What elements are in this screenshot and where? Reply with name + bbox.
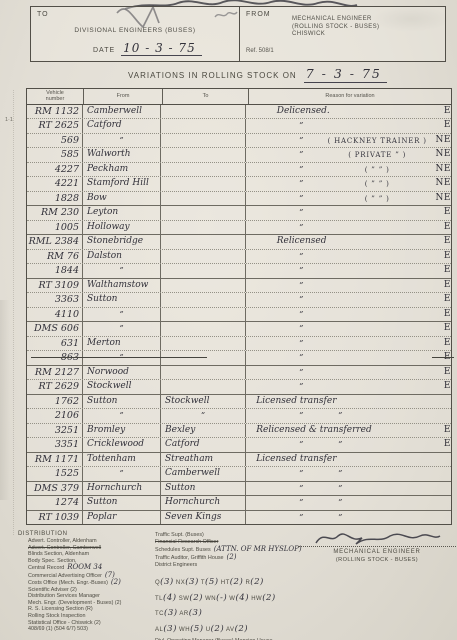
status-flag: E bbox=[444, 221, 451, 235]
to-cell bbox=[161, 177, 246, 191]
to-cell bbox=[161, 322, 246, 336]
reason-cell: ”” bbox=[246, 511, 451, 525]
to-cell: ” bbox=[161, 409, 246, 423]
reason-cell: ”E bbox=[246, 308, 451, 322]
reason-cell: ”( ” ” )NE bbox=[246, 192, 451, 206]
table-row: 1762SuttonStockwellLicensed transfer bbox=[27, 394, 451, 409]
list-item-text: Costs Office (Mech. Engr.-Buses) bbox=[28, 580, 108, 586]
vehicle-number-cell: RML 2384 bbox=[27, 235, 83, 249]
reason-ditto: ” bbox=[338, 438, 342, 452]
to-cell: Hornchurch bbox=[161, 496, 246, 510]
date-row: DATE10 - 3 - 75 bbox=[93, 41, 202, 55]
reason-cell: ”” bbox=[246, 467, 451, 481]
variation-date-handwritten: 7 - 3 - 75 bbox=[304, 66, 387, 83]
reason-text: ” bbox=[299, 438, 303, 452]
reason-ditto: ” bbox=[338, 467, 342, 481]
reason-note: ( ” ” ) bbox=[320, 178, 435, 192]
from-cell: Camberwell bbox=[83, 105, 161, 119]
to-value: DIVISIONAL ENGINEERS (BUSES) bbox=[31, 27, 239, 34]
reason-cell: ”E bbox=[246, 221, 451, 235]
reason-ditto: ” bbox=[338, 409, 342, 423]
reason-text: ” bbox=[299, 250, 303, 264]
vehicle-number-cell: 585 bbox=[27, 148, 83, 162]
from-cell: Walthamstow bbox=[83, 279, 161, 293]
vehicle-number-cell: DMS 379 bbox=[27, 482, 83, 496]
form-title-row: VARIATIONS IN ROLLING STOCK ON7 - 3 - 75 bbox=[0, 66, 457, 81]
reason-cell: ”E bbox=[246, 366, 451, 380]
from-cell: Peckham bbox=[83, 163, 161, 177]
table-row: 2106”””” bbox=[27, 408, 451, 423]
strike-line bbox=[432, 357, 454, 358]
to-cell: Stockwell bbox=[161, 395, 246, 409]
status-flag: NE bbox=[436, 134, 451, 148]
table-row: 569””( HACKNEY TRAINER )NE bbox=[27, 133, 451, 148]
to-cell bbox=[161, 250, 246, 264]
list-item-text: Financial Research Officer bbox=[155, 539, 218, 545]
margin-mark: 1·1 bbox=[5, 117, 13, 123]
list-item: Traffic Auditor, Griffith House(2) bbox=[155, 554, 302, 562]
list-item-text: R. S. Licensing Section (R) bbox=[28, 606, 93, 612]
reason-cell: ”( ” ” )NE bbox=[246, 163, 451, 177]
table-row: 1005Holloway”E bbox=[27, 220, 451, 235]
rolling-stock-table: Vehicle number From To Reason for variat… bbox=[26, 88, 452, 525]
vehicle-number-cell: RM 1132 bbox=[27, 105, 83, 119]
reason-text: ” bbox=[299, 482, 303, 496]
scan-edge-shadow bbox=[0, 300, 10, 500]
from-label: FROM bbox=[246, 11, 271, 18]
from-cell: ” bbox=[83, 308, 161, 322]
status-flag: E bbox=[444, 206, 451, 220]
reason-text: ” bbox=[299, 279, 303, 293]
from-cell: Sutton bbox=[83, 395, 161, 409]
ref-number: Ref. 508/1 bbox=[246, 48, 274, 54]
reason-text: Relicensed & transferred bbox=[256, 424, 372, 438]
from-cell: Leyton bbox=[83, 206, 161, 220]
vehicle-number-cell: RT 2625 bbox=[27, 119, 83, 133]
list-item-text: Advert. Controller, Camberwell bbox=[28, 545, 101, 551]
status-flag: E bbox=[444, 235, 451, 249]
to-cell bbox=[161, 163, 246, 177]
vehicle-number-cell: 1762 bbox=[27, 395, 83, 409]
to-cell bbox=[161, 105, 246, 119]
handwritten-annotation: (ATTN. OF MR HYSLOP) bbox=[214, 545, 302, 553]
table-row: 3351CricklewoodCatford””E bbox=[27, 437, 451, 452]
reason-note: ( ” ” ) bbox=[320, 164, 435, 178]
reason-text: ” bbox=[299, 380, 303, 394]
vehicle-number-cell: 1844 bbox=[27, 264, 83, 278]
table-row: RT 3109Walthamstow”E bbox=[27, 278, 451, 293]
reason-cell: ”( ” ” )NE bbox=[246, 177, 451, 191]
to-cell: Seven Kings bbox=[161, 511, 246, 525]
status-flag: E bbox=[444, 279, 451, 293]
reason-note: ( HACKNEY TRAINER ) bbox=[320, 135, 435, 149]
from-cell: Merton bbox=[83, 337, 161, 351]
to-cell bbox=[161, 134, 246, 148]
form-title: VARIATIONS IN ROLLING STOCK ON bbox=[128, 71, 297, 80]
to-cell: Streatham bbox=[161, 453, 246, 467]
list-item: Costs Office (Mech. Engr.-Buses)(2) bbox=[28, 579, 121, 587]
reason-note: ( PRIVATE ” ) bbox=[320, 149, 435, 163]
table-row: 1828Bow”( ” ” )NE bbox=[27, 191, 451, 206]
reason-text: ” bbox=[299, 467, 303, 481]
code-line: AL(3) WH(5) U(2) AV(2) bbox=[155, 622, 302, 638]
reason-cell: Relicensed & transferredE bbox=[246, 424, 451, 438]
reason-ditto: ” bbox=[338, 511, 342, 525]
status-flag: E bbox=[444, 250, 451, 264]
table-row: RML 2384StonebridgeRelicensedE bbox=[27, 234, 451, 249]
from-cell: Catford bbox=[83, 119, 161, 133]
table-row: RT 2629Stockwell”E bbox=[27, 379, 451, 394]
from-cell: Sutton bbox=[83, 293, 161, 307]
list-item-text: Schedules Supt. Buses bbox=[155, 547, 211, 553]
from-cell: ” bbox=[83, 467, 161, 481]
status-flag: E bbox=[444, 366, 451, 380]
reason-text: ” bbox=[299, 308, 303, 322]
table-row: DMS 379HornchurchSutton”” bbox=[27, 481, 451, 496]
status-flag: E bbox=[444, 105, 451, 119]
vehicle-number-cell: 2106 bbox=[27, 409, 83, 423]
status-flag: E bbox=[444, 380, 451, 394]
code-line: TL(4) SW(2) WN(-) W(4) HW(2) bbox=[155, 591, 302, 607]
status-flag: E bbox=[444, 424, 451, 438]
from-cell: FROM MECHANICAL ENGINEER (ROLLING STOCK … bbox=[240, 7, 445, 61]
from-cell: Poplar bbox=[83, 511, 161, 525]
table-body: RM 1132CamberwellDelicensed.ERT 2625Catf… bbox=[27, 105, 451, 525]
status-flag: E bbox=[444, 351, 451, 365]
from-cell: Tottenham bbox=[83, 453, 161, 467]
reason-cell: ”E bbox=[246, 322, 451, 336]
from-cell: Sutton bbox=[83, 496, 161, 510]
to-cell: Camberwell bbox=[161, 467, 246, 481]
reason-text: ” bbox=[299, 409, 303, 423]
status-flag: E bbox=[444, 337, 451, 351]
distribution-heading: DISTRIBUTION bbox=[18, 531, 68, 537]
vehicle-number-cell: RM 2127 bbox=[27, 366, 83, 380]
vehicle-number-cell: 1274 bbox=[27, 496, 83, 510]
table-row: RT 1039PoplarSeven Kings”” bbox=[27, 510, 451, 525]
status-flag: E bbox=[444, 322, 451, 336]
list-item: 408/69 (1) (504 6/7) 503) bbox=[28, 626, 121, 633]
list-item-text: Statistical Office - Chiswick (2) bbox=[28, 620, 101, 626]
list-item-text: Mech. Engr. (Development - Buses) (2) bbox=[28, 600, 121, 606]
vehicle-number-cell: RT 2629 bbox=[27, 380, 83, 394]
status-flag: NE bbox=[436, 148, 451, 162]
list-item-text: Traffic Auditor, Griffith House bbox=[155, 555, 224, 561]
from-cell: Stockwell bbox=[83, 380, 161, 394]
table-row: RM 2127Norwood”E bbox=[27, 365, 451, 380]
from-line: CHISWICK bbox=[292, 31, 379, 39]
reason-text: ” bbox=[299, 163, 303, 177]
reason-text: Licensed transfer bbox=[256, 395, 336, 409]
reason-cell: ”E bbox=[246, 279, 451, 293]
vehicle-number-cell: 3363 bbox=[27, 293, 83, 307]
status-flag: NE bbox=[436, 177, 451, 191]
reason-cell: Licensed transfer bbox=[246, 395, 451, 409]
reason-cell: ”E bbox=[246, 264, 451, 278]
reason-text: ” bbox=[299, 148, 303, 162]
to-cell bbox=[161, 221, 246, 235]
signer-title: MECHANICAL ENGINEER bbox=[298, 549, 456, 555]
vehicle-number-cell: RM 76 bbox=[27, 250, 83, 264]
status-flag: E bbox=[444, 438, 451, 452]
reason-text: ” bbox=[299, 192, 303, 206]
col-header-reason: Reason for variation bbox=[249, 89, 451, 104]
status-flag: NE bbox=[436, 163, 451, 177]
to-cell bbox=[161, 119, 246, 133]
list-item-text: 408/69 (1) (504 6/7) 503) bbox=[28, 626, 88, 632]
reason-cell: ”( PRIVATE ” )NE bbox=[246, 148, 451, 162]
to-cell bbox=[161, 264, 246, 278]
list-item-text: Distribution Services Manager bbox=[28, 593, 100, 599]
reason-text: ” bbox=[299, 351, 303, 365]
reason-cell: RelicensedE bbox=[246, 235, 451, 249]
reason-cell: ””E bbox=[246, 438, 451, 452]
table-header-row: Vehicle number From To Reason for variat… bbox=[27, 89, 451, 105]
reason-cell: ”” bbox=[246, 496, 451, 510]
to-cell: Bexley bbox=[161, 424, 246, 438]
reason-text: ” bbox=[299, 322, 303, 336]
reason-cell: Licensed transfer bbox=[246, 453, 451, 467]
reason-cell: ”E bbox=[246, 206, 451, 220]
vehicle-number-cell: 3351 bbox=[27, 438, 83, 452]
list-item-text: Rolling Stock Inspection bbox=[28, 613, 86, 619]
distribution-codes: Q(3) NX(3) T(5) HT(2) R(2)TL(4) SW(2) WN… bbox=[155, 575, 302, 637]
vehicle-number-cell: 1005 bbox=[27, 221, 83, 235]
reason-text: Relicensed bbox=[277, 235, 327, 249]
table-row: 585Walworth”( PRIVATE ” )NE bbox=[27, 147, 451, 162]
list-item: Commercial Advertising Officer(7) bbox=[28, 572, 121, 580]
distribution-list-left: Advert. Controller, AldenhamAdvert. Cont… bbox=[28, 538, 121, 633]
table-row: 4227Peckham”( ” ” )NE bbox=[27, 162, 451, 177]
reason-cell: ”” bbox=[246, 409, 451, 423]
reason-text: ” bbox=[299, 119, 303, 133]
scanned-memo-page: 1·1 TO DIVISIONAL ENGINEERS (BUSES) DATE… bbox=[0, 0, 457, 640]
vehicle-number-cell: 4221 bbox=[27, 177, 83, 191]
from-cell: Hornchurch bbox=[83, 482, 161, 496]
from-cell: Dalston bbox=[83, 250, 161, 264]
table-row: RM 76Dalston”E bbox=[27, 249, 451, 264]
reason-cell: ”E bbox=[246, 293, 451, 307]
vehicle-number-cell: 4110 bbox=[27, 308, 83, 322]
vehicle-number-cell: 4227 bbox=[27, 163, 83, 177]
to-cell: Catford bbox=[161, 438, 246, 452]
vehicle-number-cell: 1525 bbox=[27, 467, 83, 481]
reason-text: ” bbox=[299, 496, 303, 510]
status-flag: NE bbox=[436, 192, 451, 206]
status-flag: E bbox=[444, 293, 451, 307]
reason-ditto: ” bbox=[338, 482, 342, 496]
reason-text: ” bbox=[299, 206, 303, 220]
from-cell: Stonebridge bbox=[83, 235, 161, 249]
to-cell: Sutton bbox=[161, 482, 246, 496]
vehicle-number-cell: RM 230 bbox=[27, 206, 83, 220]
handwritten-annotation: (2) bbox=[227, 553, 237, 561]
vehicle-number-cell: DMS 606 bbox=[27, 322, 83, 336]
table-row: 4221Stamford Hill”( ” ” )NE bbox=[27, 176, 451, 191]
list-item-text: Advert. Controller, Aldenham bbox=[28, 538, 97, 544]
list-item-text: District Engineers bbox=[155, 562, 197, 568]
table-row: RM 230Leyton”E bbox=[27, 205, 451, 220]
reason-text: Delicensed. bbox=[277, 105, 330, 119]
from-line: (ROLLING STOCK - BUSES) bbox=[292, 24, 379, 32]
table-row: 631Merton”E bbox=[27, 336, 451, 351]
from-cell: ” bbox=[83, 409, 161, 423]
to-cell bbox=[161, 380, 246, 394]
vehicle-number-cell: 1828 bbox=[27, 192, 83, 206]
reason-cell: ”E bbox=[246, 351, 451, 365]
handwritten-annotation: ROOM 34 bbox=[67, 563, 102, 571]
to-cell bbox=[161, 293, 246, 307]
reason-text: ” bbox=[299, 177, 303, 191]
status-flag: E bbox=[444, 119, 451, 133]
list-item-text: Scientific Adviser (2) bbox=[28, 587, 77, 593]
to-cell bbox=[161, 308, 246, 322]
table-row: RM 1171TottenhamStreathamLicensed transf… bbox=[27, 452, 451, 467]
from-cell: ” bbox=[83, 264, 161, 278]
from-cell: Bow bbox=[83, 192, 161, 206]
table-row: 4110””E bbox=[27, 307, 451, 322]
reason-cell: ”” bbox=[246, 482, 451, 496]
table-row: 1274SuttonHornchurch”” bbox=[27, 495, 451, 510]
signer-subtitle: (ROLLING STOCK - BUSES) bbox=[298, 557, 456, 563]
from-cell: ” bbox=[83, 134, 161, 148]
to-cell bbox=[161, 337, 246, 351]
code-line: Q(3) NX(3) T(5) HT(2) R(2) bbox=[155, 575, 302, 591]
from-cell: Stamford Hill bbox=[83, 177, 161, 191]
reason-text: ” bbox=[299, 264, 303, 278]
to-cell bbox=[161, 235, 246, 249]
table-row: 3363Sutton”E bbox=[27, 292, 451, 307]
reason-text: ” bbox=[299, 337, 303, 351]
signature-scrawl bbox=[312, 528, 444, 548]
from-cell: Walworth bbox=[83, 148, 161, 162]
table-row: 1844””E bbox=[27, 263, 451, 278]
status-flag: E bbox=[444, 264, 451, 278]
reason-text: ” bbox=[299, 366, 303, 380]
table-row: RT 2625Catford”E bbox=[27, 118, 451, 133]
vehicle-number-cell: 569 bbox=[27, 134, 83, 148]
table-row: RM 1132CamberwellDelicensed.E bbox=[27, 105, 451, 119]
table-row: DMS 606””E bbox=[27, 321, 451, 336]
to-cell bbox=[161, 206, 246, 220]
col-header-vehicle: Vehicle number bbox=[27, 89, 84, 104]
list-item: Traffic Supt. (Buses) bbox=[155, 532, 302, 539]
list-item-text: Traffic Supt. (Buses) bbox=[155, 532, 204, 538]
table-row: 1525”Camberwell”” bbox=[27, 466, 451, 481]
reason-text: ” bbox=[299, 511, 303, 525]
handwritten-annotation: (2) bbox=[111, 578, 121, 586]
to-cell bbox=[161, 279, 246, 293]
vehicle-number-cell: RT 3109 bbox=[27, 279, 83, 293]
code-line: TC(3) AR(3) bbox=[155, 606, 302, 622]
reason-ditto: ” bbox=[338, 496, 342, 510]
to-label: TO bbox=[37, 11, 49, 18]
list-item-text: Blinds Section, Aldenham bbox=[28, 551, 89, 557]
table-row: 3251BromleyBexleyRelicensed & transferre… bbox=[27, 423, 451, 438]
vehicle-number-cell: RT 1039 bbox=[27, 511, 83, 525]
to-cell bbox=[161, 148, 246, 162]
to-cell bbox=[161, 366, 246, 380]
address-box: TO DIVISIONAL ENGINEERS (BUSES) DATE10 -… bbox=[30, 6, 446, 62]
to-cell: TO DIVISIONAL ENGINEERS (BUSES) DATE10 -… bbox=[31, 7, 240, 61]
status-flag: E bbox=[444, 308, 451, 322]
col-header-from: From bbox=[84, 89, 163, 104]
reason-cell: Delicensed.E bbox=[246, 105, 451, 119]
reason-cell: ”E bbox=[246, 380, 451, 394]
date-value-handwritten: 10 - 3 - 75 bbox=[121, 41, 202, 56]
from-cell: Norwood bbox=[83, 366, 161, 380]
from-cell: Cricklewood bbox=[83, 438, 161, 452]
list-item: District Engineers bbox=[155, 562, 302, 569]
date-label: DATE bbox=[93, 47, 115, 54]
list-item-text: Commercial Advertising Officer bbox=[28, 573, 102, 579]
list-item-text: Central Record bbox=[28, 565, 64, 571]
reason-cell: ”E bbox=[246, 250, 451, 264]
strike-line bbox=[31, 357, 207, 358]
from-cell: ” bbox=[83, 322, 161, 336]
reason-text: ” bbox=[299, 134, 303, 148]
col-header-to: To bbox=[163, 89, 249, 104]
vehicle-number-cell: 3251 bbox=[27, 424, 83, 438]
reason-cell: ”E bbox=[246, 337, 451, 351]
from-cell: Bromley bbox=[83, 424, 161, 438]
reason-cell: ”( HACKNEY TRAINER )NE bbox=[246, 134, 451, 148]
vehicle-number-cell: 631 bbox=[27, 337, 83, 351]
vehicle-number-cell: RM 1171 bbox=[27, 453, 83, 467]
margin-fold-line bbox=[13, 90, 14, 535]
from-cell: Holloway bbox=[83, 221, 161, 235]
distribution-list-middle: Traffic Supt. (Buses)Financial Research … bbox=[155, 532, 302, 640]
from-line: MECHANICAL ENGINEER bbox=[292, 16, 379, 24]
reason-note: ( ” ” ) bbox=[320, 193, 435, 207]
from-address: MECHANICAL ENGINEER (ROLLING STOCK - BUS… bbox=[292, 16, 379, 39]
reason-text: ” bbox=[299, 293, 303, 307]
to-cell bbox=[161, 192, 246, 206]
reason-cell: ”E bbox=[246, 119, 451, 133]
reason-text: Licensed transfer bbox=[256, 453, 336, 467]
reason-text: ” bbox=[299, 221, 303, 235]
table-row: 863””E bbox=[27, 350, 451, 365]
